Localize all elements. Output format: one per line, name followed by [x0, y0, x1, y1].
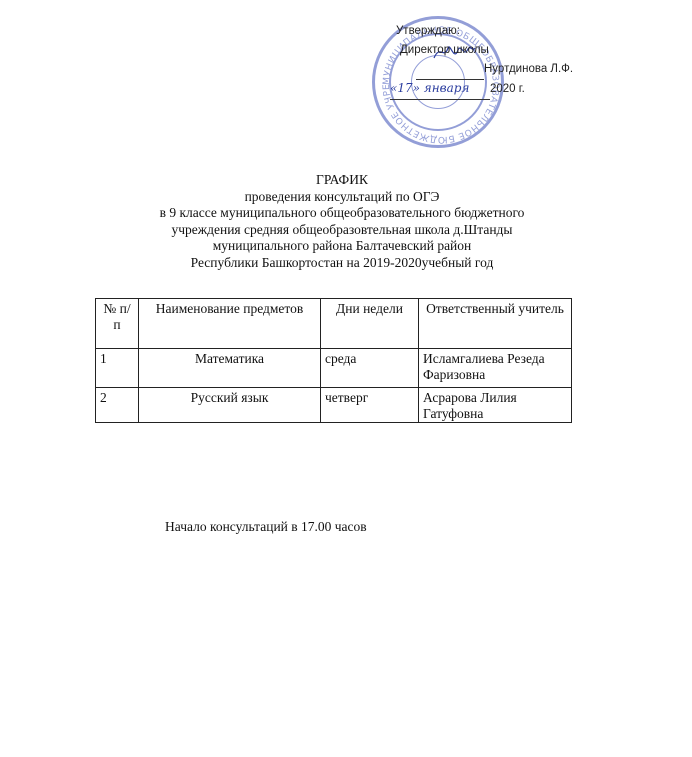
cell-teacher: Исламгалиева Резеда Фаризовна	[419, 349, 572, 388]
approval-date-handwritten: «17» января	[390, 81, 469, 95]
title-line: Республики Башкортостан на 2019-2020учеб…	[0, 255, 692, 272]
header-day: Дни недели	[321, 299, 419, 349]
title-line: муниципального района Балтачевский район	[0, 238, 692, 255]
director-name: Нуртдинова Л.Ф.	[484, 63, 573, 75]
table-row: 1 Математика среда Исламгалиева Резеда Ф…	[96, 349, 572, 388]
title-line: в 9 классе муниципального общеобразовате…	[0, 205, 692, 222]
consultation-start-note: Начало консультаций в 17.00 часов	[165, 519, 367, 535]
header-subject: Наименование предметов	[139, 299, 321, 349]
approval-year: 2020 г.	[490, 83, 525, 95]
document-title: ГРАФИК проведения консультаций по ОГЭ в …	[0, 172, 692, 271]
cell-number: 1	[96, 349, 139, 388]
schedule-table: № п/п Наименование предметов Дни недели …	[95, 298, 572, 423]
title-line: учреждения средняя общеобразовтельная шк…	[0, 222, 692, 239]
director-position: Директор школы	[400, 41, 489, 60]
table-header-row: № п/п Наименование предметов Дни недели …	[96, 299, 572, 349]
approved-label: Утверждаю:	[396, 22, 460, 41]
header-number: № п/п	[96, 299, 139, 349]
table-row: 2 Русский язык четверг Асрарова Лилия Га…	[96, 388, 572, 423]
cell-number: 2	[96, 388, 139, 423]
cell-subject: Математика	[139, 349, 321, 388]
title-line: проведения консультаций по ОГЭ	[0, 189, 692, 206]
cell-day: среда	[321, 349, 419, 388]
header-teacher: Ответственный учитель	[419, 299, 572, 349]
approval-date-line: «17» января2020 г.	[390, 79, 525, 100]
cell-teacher: Асрарова Лилия Гатуфовна	[419, 388, 572, 423]
cell-day: четверг	[321, 388, 419, 423]
cell-subject: Русский язык	[139, 388, 321, 423]
director-signature-line: Нуртдинова Л.Ф.	[416, 60, 573, 80]
title-heading: ГРАФИК	[0, 172, 692, 189]
